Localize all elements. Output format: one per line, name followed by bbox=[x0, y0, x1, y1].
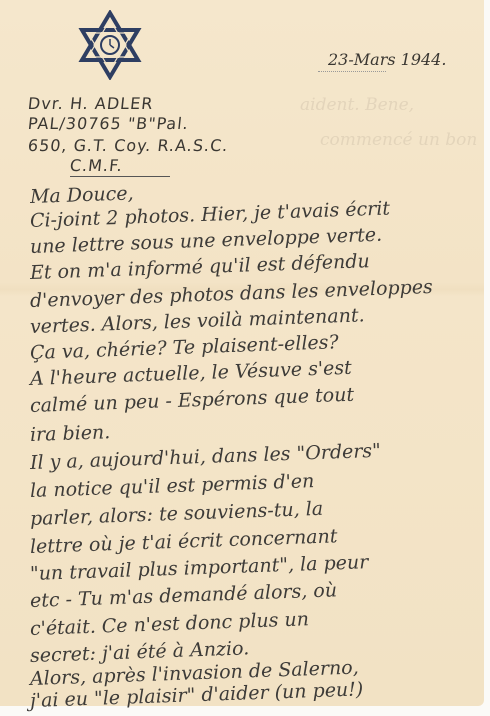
body-line: la notice qu'il est permis d'en bbox=[30, 470, 315, 502]
bleed-through-text: commencé un bon bbox=[320, 130, 477, 150]
body-line: parler, alors: te souviens-tu, la bbox=[30, 498, 324, 530]
body-line: calmé un peu - Espérons que tout bbox=[30, 384, 355, 417]
star-of-david-icon bbox=[78, 10, 142, 80]
sender-force: C.M.F. bbox=[69, 156, 124, 175]
sender-name: Dvr. H. ADLER bbox=[27, 94, 154, 113]
sender-unit: 650, G.T. Coy. R.A.S.C. bbox=[27, 136, 229, 155]
body-line: etc - Tu m'as demandé alors, où bbox=[30, 579, 338, 612]
sender-number: PAL/30765 "B"Pal. bbox=[27, 114, 190, 133]
address-rule bbox=[70, 176, 170, 177]
bleed-through-text: aident. Bene, bbox=[300, 95, 414, 115]
salutation: Ma Douce, bbox=[30, 182, 134, 208]
body-line: Il y a, aujourd'hui, dans les "Orders" bbox=[30, 440, 382, 474]
date-underline bbox=[318, 71, 386, 72]
body-line: c'était. Ce n'est donc plus un bbox=[30, 608, 310, 640]
letter-page: aident. Bene, commencé un bon 23-Mars 19… bbox=[0, 0, 484, 706]
body-line: ira bien. bbox=[30, 421, 111, 446]
letter-date: 23-Mars 1944. bbox=[328, 50, 446, 69]
